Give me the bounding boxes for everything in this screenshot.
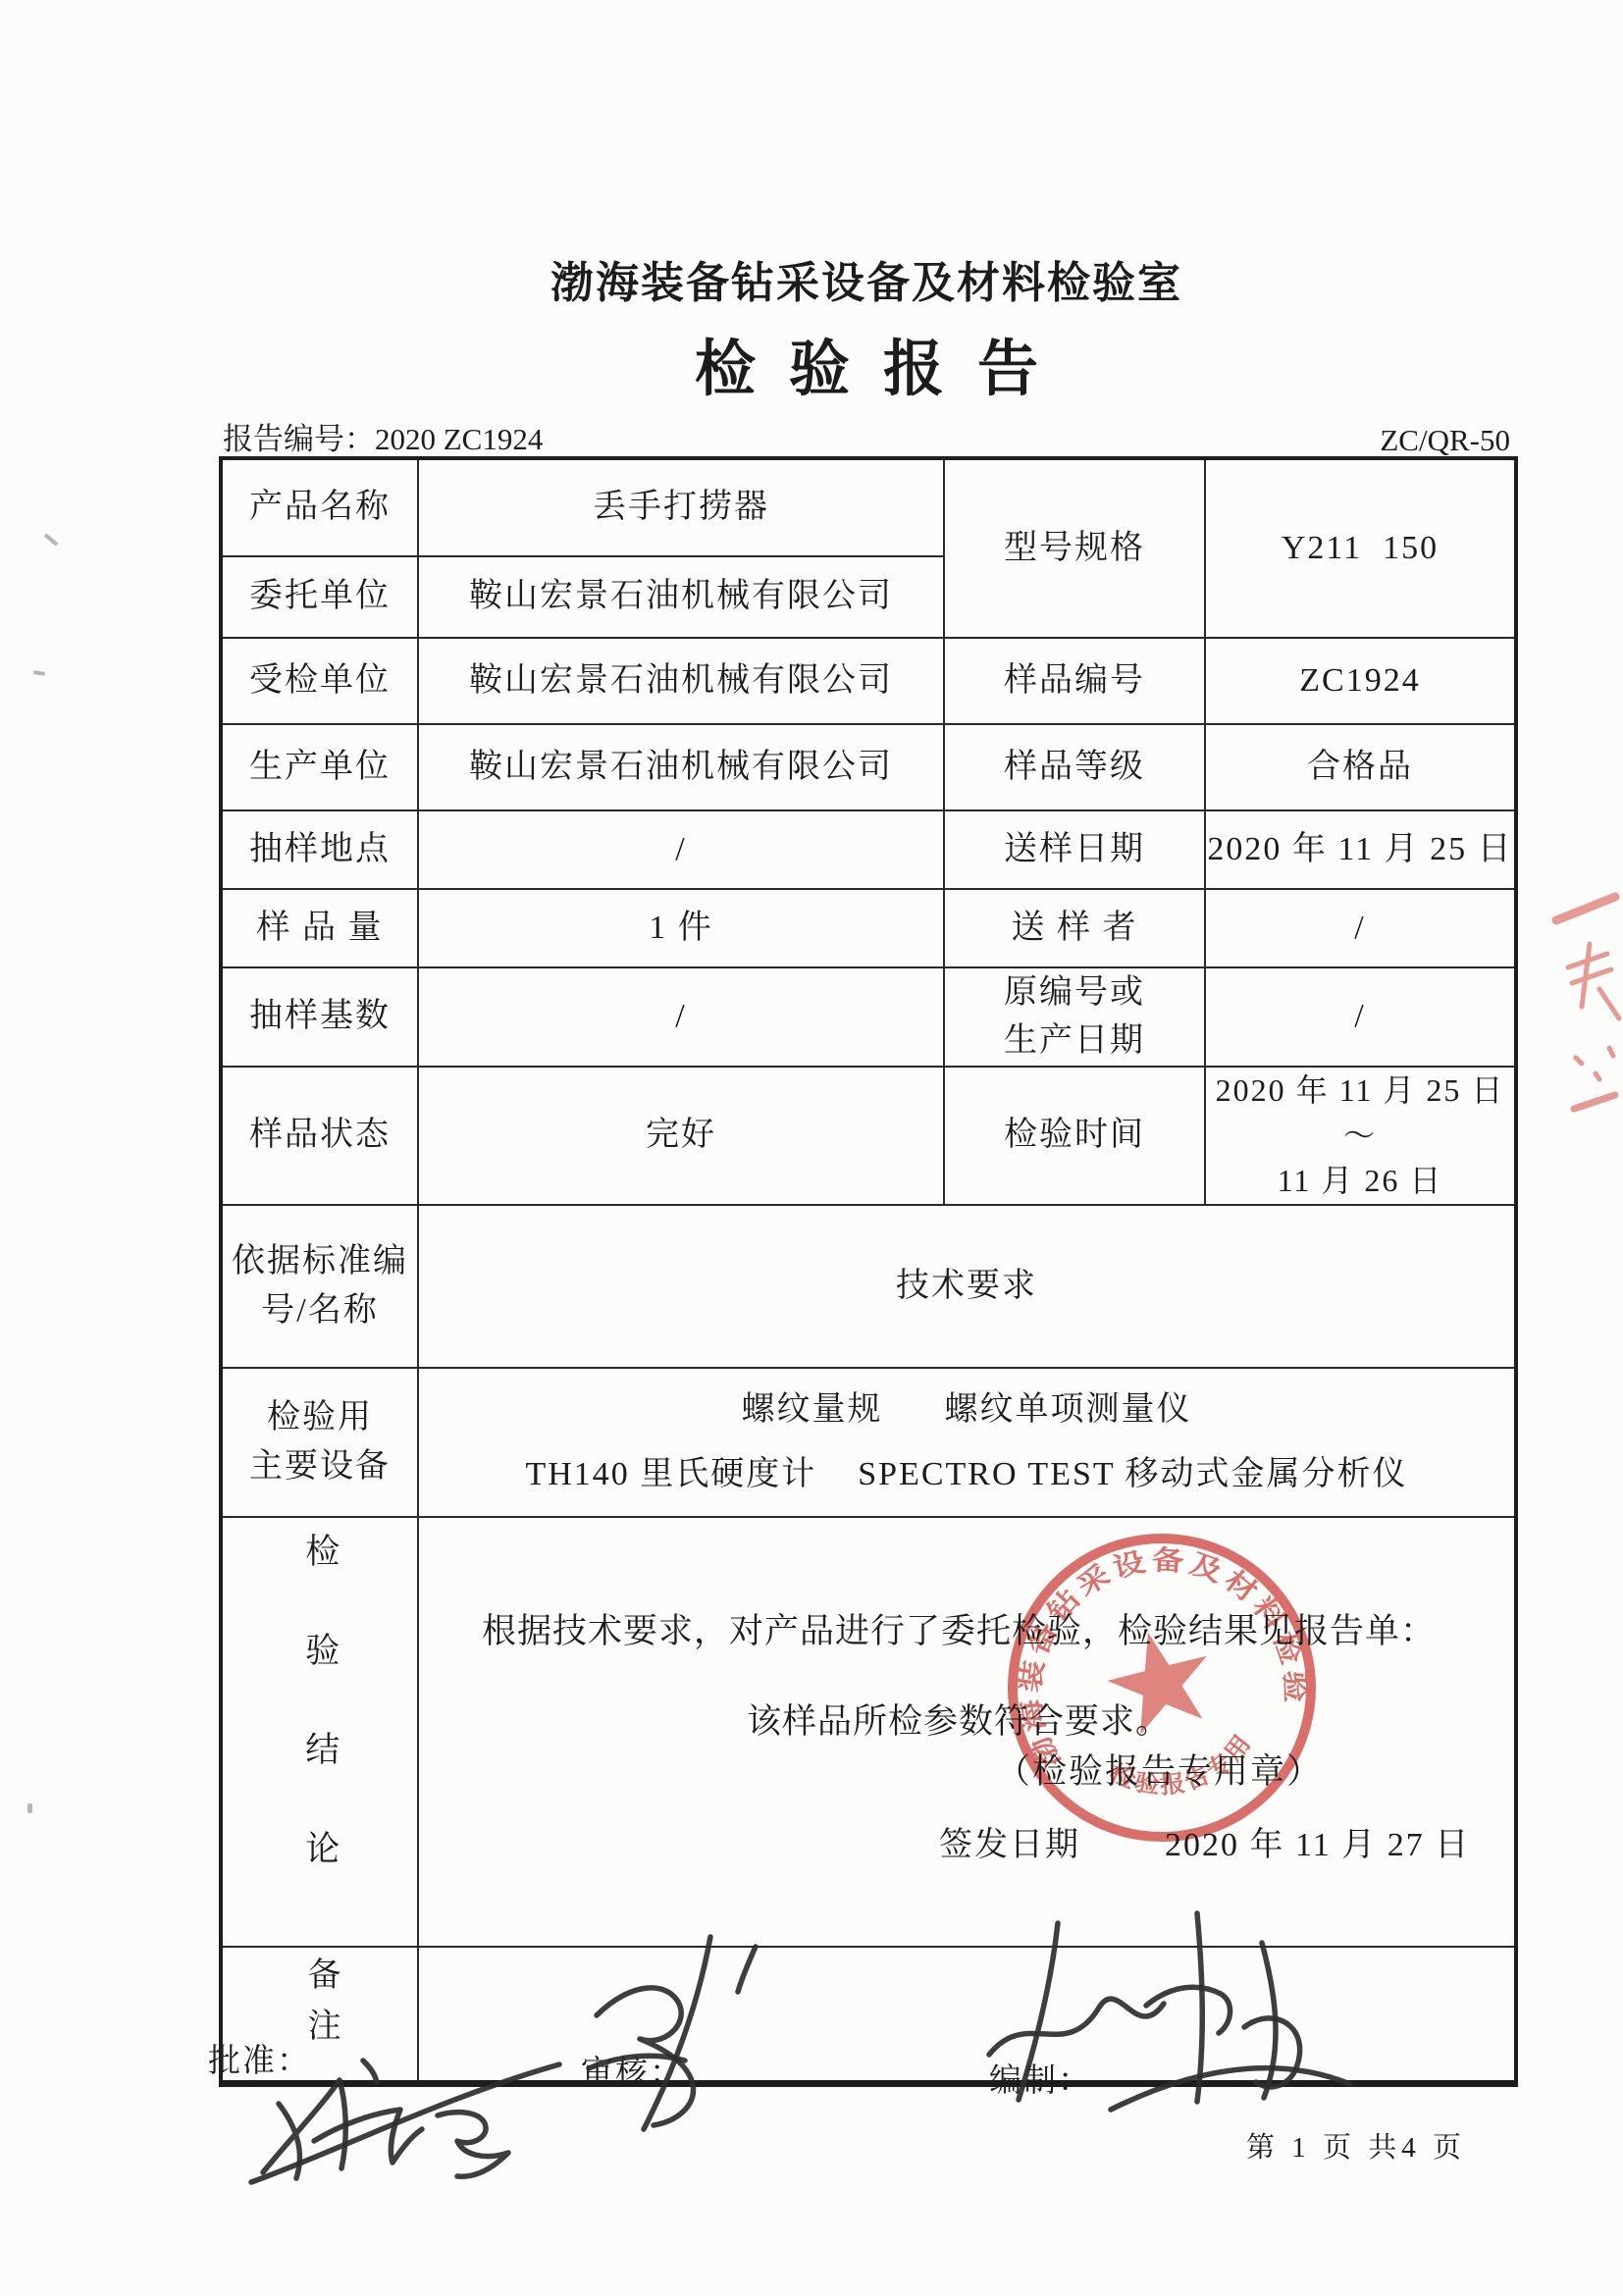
scan-speck	[44, 533, 59, 546]
standard-value: 技术要求	[418, 1205, 1516, 1368]
form-number: ZC/QR-50	[1380, 423, 1510, 458]
equipment-label: 检验用 主要设备	[221, 1368, 418, 1517]
row-value2: 合格品	[1205, 724, 1516, 810]
row-label2: 样品编号	[944, 638, 1205, 724]
conclusion-label: 检验结论	[297, 1523, 342, 1929]
equipment-value: 螺纹量规 螺纹单项测量仪 TH140 里氏硬度计 SPECTRO TEST 移动…	[418, 1368, 1516, 1517]
table-row: 样品状态 完好 检验时间 2020 年 11 月 25 日～ 11 月 26 日	[221, 1067, 1516, 1205]
report-number: 报告编号：2020 ZC1924	[223, 414, 543, 458]
table-row: 生产单位 鞍山宏景石油机械有限公司 样品等级 合格品	[221, 724, 1516, 810]
report-number-label: 报告编号：	[223, 422, 375, 456]
conclusion-line1: 根据技术要求，对产品进行了委托检验，检验结果见报告单：	[482, 1587, 1436, 1677]
report-title: 检验报告	[219, 320, 1514, 407]
row-value: 鞍山宏景石油机械有限公司	[418, 724, 944, 810]
table-row: 依据标准编 号/名称 技术要求	[221, 1205, 1516, 1368]
standard-label-line2: 号/名称	[223, 1286, 417, 1334]
row-value2: /	[1205, 889, 1516, 967]
row-value: 1 件	[418, 889, 944, 967]
row-label: 产品名称	[221, 458, 418, 556]
row-value: 鞍山宏景石油机械有限公司	[418, 556, 944, 638]
row-label2-line2: 生产日期	[945, 1017, 1204, 1065]
row-label2: 样品等级	[944, 724, 1205, 810]
row-value: 鞍山宏景石油机械有限公司	[418, 638, 944, 724]
row-value: 丢手打捞器	[418, 458, 944, 556]
row-label: 生产单位	[221, 724, 418, 810]
sign-date-label: 签发日期	[939, 1827, 1080, 1863]
standard-label: 依据标准编 号/名称	[221, 1205, 418, 1368]
table-row: 检验结论 根据技术要求，对产品进行了委托检验，检验结果见报告单： 该样品所检参数…	[221, 1517, 1516, 1947]
row-label: 样品状态	[221, 1067, 418, 1205]
equipment-label-line2: 主要设备	[223, 1442, 417, 1490]
equipment-label-line1: 检验用	[223, 1393, 417, 1441]
lab-name-title: 渤海装备钻采设备及材料检验室	[219, 247, 1514, 310]
sign-date-row: 签发日期2020 年 11 月 27 日	[939, 1824, 1470, 1867]
row-label2: 检验时间	[944, 1067, 1205, 1205]
inspection-time-line1: 2020 年 11 月 25 日～	[1206, 1068, 1514, 1159]
report-meta-row: 报告编号：2020 ZC1924 ZC/QR-50	[223, 414, 1510, 458]
table-row: 产品名称 丢手打捞器 型号规格 Y211 150	[221, 458, 1516, 556]
row-label: 委托单位	[221, 556, 418, 638]
row-label: 样 品 量	[221, 889, 418, 967]
spec-value: Y211 150	[1205, 458, 1516, 638]
row-value: /	[418, 967, 944, 1067]
row-value2: ZC1924	[1205, 638, 1516, 724]
inspection-report-page: 渤海装备钻采设备及材料检验室 检验报告 报告编号：2020 ZC1924 ZC/…	[0, 0, 1623, 2296]
report-number-value: 2020 ZC1924	[375, 422, 543, 456]
reviewer-signature	[561, 1929, 797, 2140]
table-row: 抽样地点 / 送样日期 2020 年 11 月 25 日	[221, 810, 1516, 889]
edge-stamp-fragment	[1546, 881, 1623, 1126]
approver-signature	[245, 2047, 599, 2194]
table-row: 检验用 主要设备 螺纹量规 螺纹单项测量仪 TH140 里氏硬度计 SPECTR…	[221, 1368, 1516, 1517]
row-label2: 送 样 者	[944, 889, 1205, 967]
row-value2: /	[1205, 967, 1516, 1067]
table-row: 样 品 量 1 件 送 样 者 /	[221, 889, 1516, 967]
row-value: /	[418, 810, 944, 889]
standard-label-line1: 依据标准编	[223, 1237, 417, 1285]
equipment-line1: 螺纹量规 螺纹单项测量仪	[419, 1378, 1514, 1442]
row-label2-line1: 原编号或	[945, 968, 1204, 1017]
conclusion-label-cell: 检验结论	[221, 1517, 418, 1947]
row-value2: 2020 年 11 月 25 日	[1205, 810, 1516, 889]
row-label2: 送样日期	[944, 810, 1205, 889]
stamp-caption: （检验报告专用章）	[996, 1749, 1323, 1795]
row-value: 完好	[418, 1067, 944, 1205]
scan-speck	[33, 670, 45, 676]
row-label2: 原编号或 生产日期	[944, 967, 1205, 1067]
preparer-signature	[964, 1888, 1366, 2133]
row-label: 抽样地点	[221, 810, 418, 889]
inspection-time-line2: 11 月 26 日	[1206, 1158, 1514, 1203]
row-value2: 2020 年 11 月 25 日～ 11 月 26 日	[1205, 1067, 1516, 1205]
row-label: 受检单位	[221, 638, 418, 724]
spec-label: 型号规格	[944, 458, 1205, 638]
row-label: 抽样基数	[221, 967, 418, 1067]
conclusion-cell: 根据技术要求，对产品进行了委托检验，检验结果见报告单： 该样品所检参数符合要求。…	[418, 1517, 1516, 1947]
conclusion-text: 根据技术要求，对产品进行了委托检验，检验结果见报告单： 该样品所检参数符合要求。	[482, 1587, 1436, 1767]
sign-date-value: 2020 年 11 月 27 日	[1165, 1827, 1470, 1863]
scan-speck	[27, 1803, 32, 1813]
table-row: 抽样基数 / 原编号或 生产日期 /	[221, 967, 1516, 1067]
report-table: 产品名称 丢手打捞器 型号规格 Y211 150 委托单位 鞍山宏景石油机械有限…	[219, 456, 1518, 2087]
table-row: 受检单位 鞍山宏景石油机械有限公司 样品编号 ZC1924	[221, 638, 1516, 724]
equipment-line2: TH140 里氏硬度计 SPECTRO TEST 移动式金属分析仪	[419, 1442, 1514, 1507]
